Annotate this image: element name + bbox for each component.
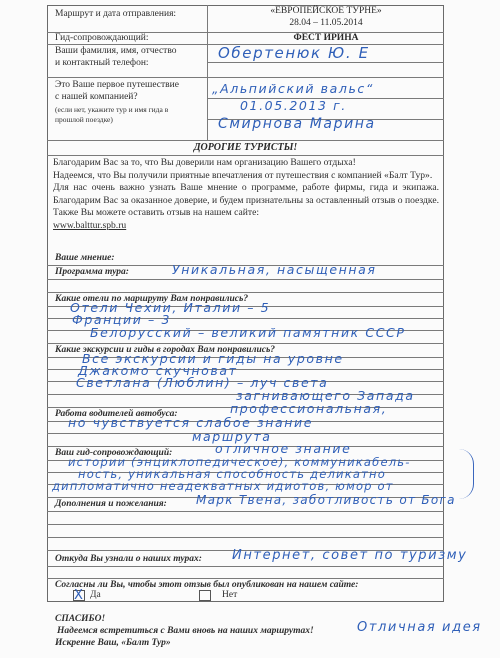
source-field[interactable]: Интернет, совет по туризму (232, 549, 467, 563)
first-trip-guide-field[interactable]: Смирнова Марина (218, 117, 376, 131)
row-divider (47, 77, 444, 78)
website-link[interactable]: www.balttur.spb.ru (53, 220, 126, 231)
intro-text: Благодарим Вас за то, что Вы доверили на… (53, 157, 439, 233)
intro-paragraph-3: Для нас очень важно узнать Ваше мнение о… (53, 182, 439, 220)
intro-paragraph-2: Надеемся, что Вы получили приятные впеча… (53, 170, 439, 183)
wishes-field[interactable]: Марк Твена, заботливость от Бога (196, 493, 456, 507)
route-label: Маршрут и дата отправления: (55, 9, 176, 20)
publish-yes-label: Да (90, 590, 101, 601)
first-trip-hint-line1: (если нет, укажите тур и имя гида в (55, 105, 168, 114)
line (47, 524, 444, 525)
line (47, 578, 444, 579)
program-label: Программа тура: (55, 267, 129, 278)
line (47, 537, 444, 538)
route-dates: 28.04 – 11.05.2014 (208, 18, 444, 29)
program-field[interactable]: Уникальная, насыщенная (172, 263, 377, 277)
line (47, 292, 444, 293)
line (47, 566, 444, 567)
line (47, 343, 444, 344)
hotels-field-line3[interactable]: Белорусский – великий памятник СССР (90, 326, 406, 340)
drivers-field-line1[interactable]: профессиональная, (230, 402, 387, 416)
publish-no-label: Нет (222, 590, 237, 601)
name-field[interactable]: Обертенюк Ю. Е (218, 46, 370, 60)
first-trip-label-line1: Это Ваше первое путешествие (55, 80, 179, 91)
name-label-line2: и контактный телефон: (55, 58, 149, 69)
name-label-line1: Ваши фамилия, имя, отчество (55, 46, 177, 57)
guide-label: Гид-сопровождающий: (55, 33, 149, 44)
opinion-heading: Ваше мнение: (55, 253, 115, 264)
publish-no-checkbox[interactable] (199, 590, 211, 601)
footer-signature: Искренне Ваш, «Балт Тур» (55, 637, 171, 649)
answer-line (207, 62, 444, 63)
first-trip-hint-line2: прошлой поездке) (55, 115, 113, 124)
row-divider (47, 140, 444, 141)
margin-bracket-mark (459, 449, 474, 499)
guide-feedback-line1[interactable]: отличное знание (215, 442, 351, 456)
first-trip-date-field[interactable]: 01.05.2013 г. (240, 99, 347, 113)
first-trip-label-line2: с нашей компанией? (55, 92, 138, 103)
handwritten-note: Отличная идея (357, 621, 482, 635)
drivers-field-line2[interactable]: но чувствуется слабое знание (68, 416, 313, 430)
line (47, 279, 444, 280)
first-trip-tour-field[interactable]: „Альпийский вальс“ (212, 82, 374, 96)
source-label: Откуда Вы узнали о наших турах: (55, 554, 202, 565)
guide-name: ФЕСТ ИРИНА (208, 33, 444, 44)
thanks-heading: СПАСИБО! (55, 613, 105, 625)
guide-feedback-line4[interactable]: дипломатично неадекватных идиотов, юмор … (52, 479, 394, 493)
route-name: «ЕВРОПЕЙСКОЕ ТУРНЕ» (208, 6, 444, 17)
line (47, 511, 444, 512)
footer-line1: Надеемся встретиться с Вами вновь на наш… (57, 625, 314, 637)
intro-paragraph-1: Благодарим Вас за то, что Вы доверили на… (53, 157, 439, 170)
intro-title: ДОРОГИЕ ТУРИСТЫ! (47, 142, 444, 153)
wishes-label: Дополнения и пожелания: (55, 499, 167, 510)
check-x-icon: X (74, 590, 83, 601)
row-divider (47, 155, 444, 156)
